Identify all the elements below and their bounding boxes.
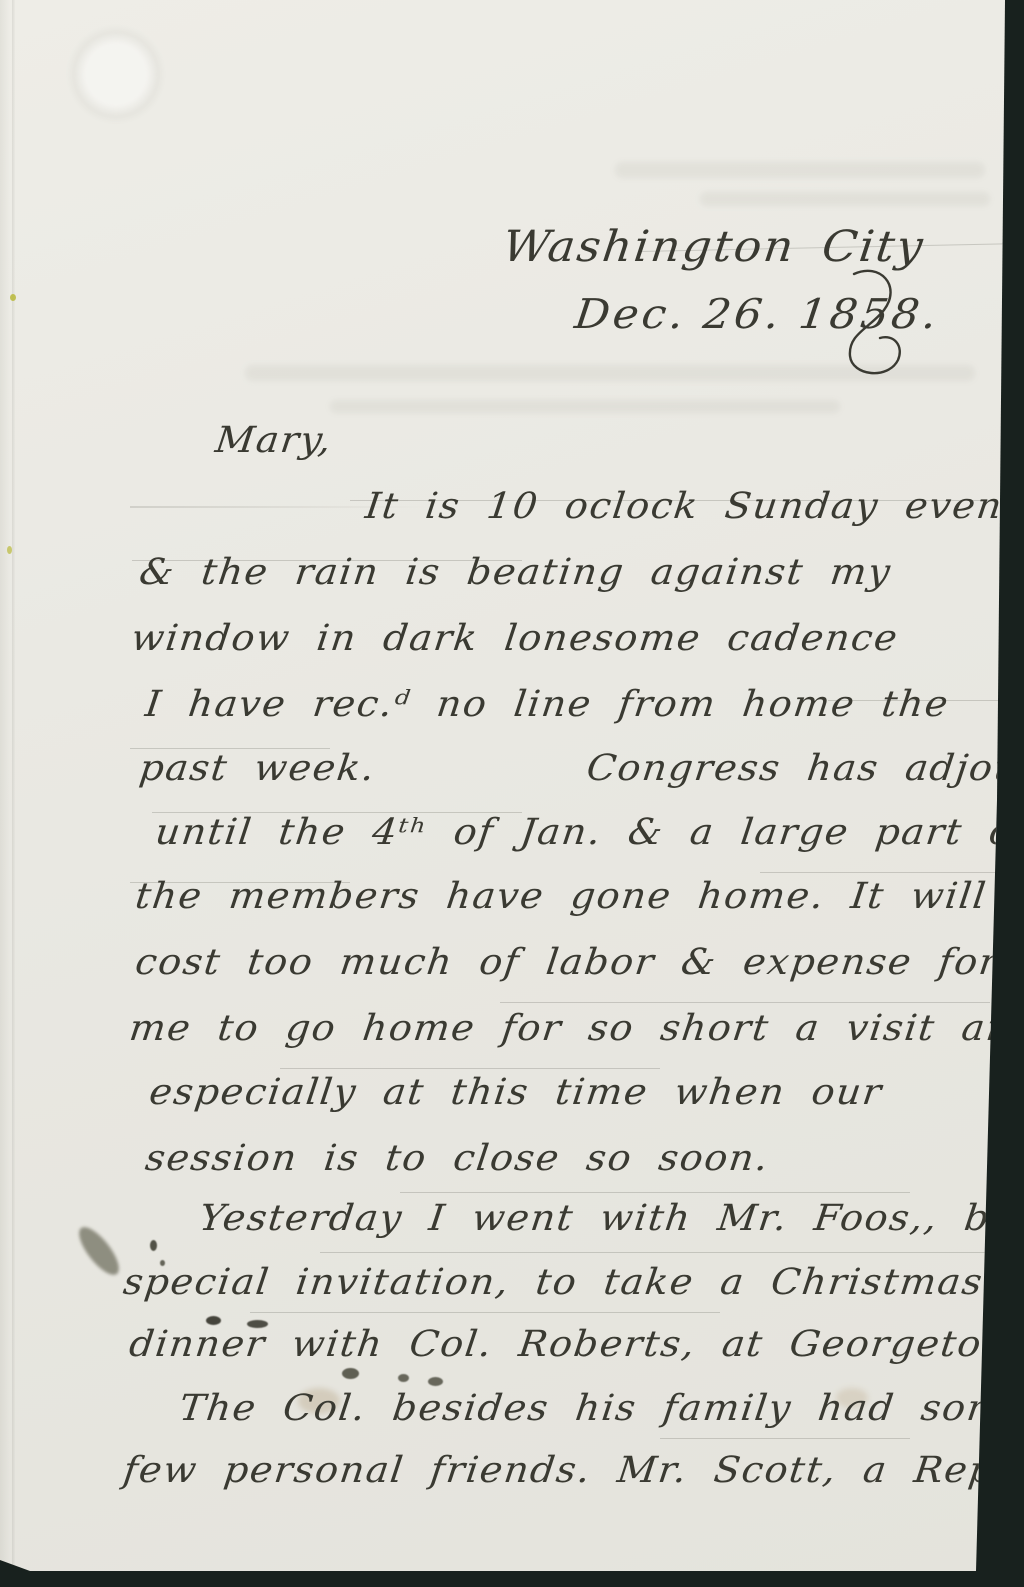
letter-line: It is 10 oclock Sunday evening [363, 486, 1024, 527]
letter-line: Mary, [213, 420, 335, 461]
pencil-guideline [660, 1438, 910, 1439]
letter-line: the members have gone home. It will [133, 876, 989, 917]
letter-line: past week. Congress has adjourned [137, 748, 1024, 789]
letter-line: me to go home for so short a visit and [127, 1008, 1024, 1049]
scanned-letter-page: Washington City Dec. 26. 1858. Mary, It … [0, 0, 1024, 1587]
bleed-through-streak [330, 400, 840, 413]
paper-edge-shading [0, 0, 10, 1587]
pencil-guideline [760, 872, 1000, 873]
embossed-seal-icon [64, 24, 168, 136]
pencil-guideline [320, 1252, 1010, 1253]
letter-line: & the rain is beating against my [137, 552, 894, 593]
ink-speck [342, 1368, 359, 1379]
ink-smudge [72, 1221, 125, 1280]
ink-speck [150, 1240, 157, 1251]
letter-line: I have rec.ᵈ no line from home the [143, 684, 952, 725]
letter-line: cost too much of labor & expense for — [133, 942, 1024, 983]
ink-speck [428, 1377, 443, 1386]
letter-line: especially at this time when our [147, 1072, 885, 1113]
bleed-through-streak [615, 162, 985, 178]
ink-speck [398, 1374, 409, 1382]
letter-line: special invitation, to take a Christmas [121, 1262, 986, 1303]
letter-line: The Col. besides his family had some [177, 1388, 1024, 1429]
vertical-fold-crease [12, 0, 15, 1587]
letter-place-line: Washington City [500, 222, 928, 272]
letter-line: few personal friends. Mr. Scott, a Rep — [121, 1450, 1024, 1491]
pencil-guideline [280, 1068, 660, 1069]
pen-flourish [840, 268, 920, 388]
pencil-guideline [400, 1192, 910, 1193]
pencil-guideline [250, 1312, 720, 1313]
letter-line: Yesterday I went with Mr. Foos,, by [197, 1198, 1016, 1239]
letter-line: window in dark lonesome cadence [129, 618, 901, 659]
letter-sheet: Washington City Dec. 26. 1858. Mary, It … [0, 0, 1024, 1587]
letter-line: session is to close so soon. [143, 1138, 772, 1179]
paper-speck [7, 546, 12, 554]
letter-line: until the 4ᵗʰ of Jan. & a large part of [153, 812, 1024, 853]
paper-speck [10, 294, 16, 301]
bleed-through-streak [700, 192, 990, 206]
pencil-guideline [500, 1002, 990, 1003]
letter-line: dinner with Col. Roberts, at Georgetown [127, 1324, 1024, 1365]
